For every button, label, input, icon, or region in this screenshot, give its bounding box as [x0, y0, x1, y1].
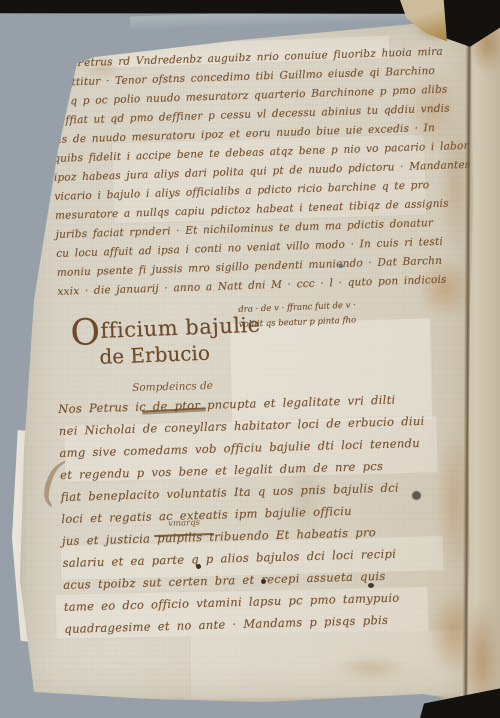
section-heading-line1-rest: fficium bajulie — [100, 313, 261, 343]
text-block-1: Nos Petrus rd Vndredenbz auguibz nrio co… — [50, 43, 450, 302]
ink-blot — [412, 491, 421, 500]
section-heading: Officium bajulie de Erbucio — [70, 313, 262, 370]
text-block-2: Nos Petrus ic de ptor pncupta et legalit… — [58, 387, 457, 640]
sub-heading: Sompdeincs de — [132, 380, 213, 394]
pen-flourish: ( — [34, 51, 55, 103]
manuscript-page: ( Offiçiu mesuratorz &c ( Nos Petrus rd … — [0, 0, 500, 718]
blue-ink-dot — [339, 264, 343, 268]
rust-stain — [335, 655, 407, 681]
ink-blot — [196, 564, 201, 569]
ink-blot — [368, 583, 374, 588]
ink-blot — [261, 579, 266, 584]
repair-patch — [189, 630, 464, 701]
manuscript-photo: ( Offiçiu mesuratorz &c ( Nos Petrus rd … — [0, 0, 500, 718]
pen-flourish: ( — [82, 20, 94, 46]
interlinear-insertion: vmarqs — [168, 518, 200, 529]
calligraphic-initial: O — [70, 312, 102, 354]
